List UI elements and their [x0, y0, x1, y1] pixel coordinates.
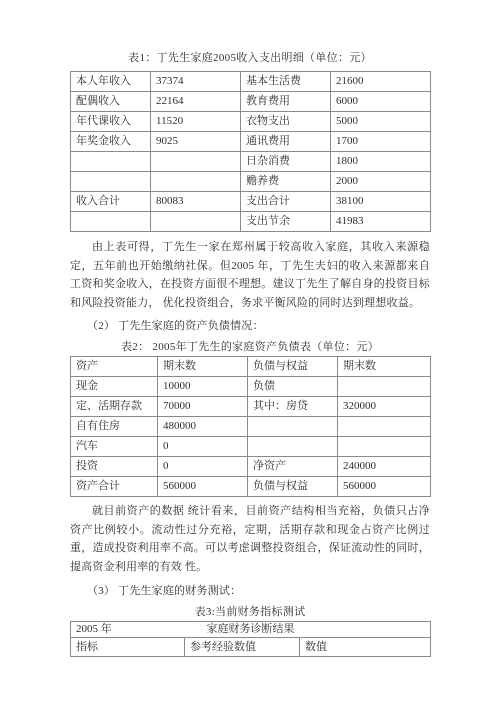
table-row: 自有住房480000: [71, 417, 431, 437]
table-cell: 期末数: [158, 357, 248, 377]
table-cell: 通讯费用: [241, 132, 331, 152]
table-cell: 320000: [338, 397, 431, 417]
table-row: 指标参考经验数值数值: [71, 638, 431, 657]
table3-title: 表3:当前财务指标测试: [70, 605, 430, 620]
table-cell: 1700: [331, 132, 431, 152]
table-cell: 支出合计: [241, 192, 331, 212]
table-cell: 560000: [158, 477, 248, 497]
table-cell: 支出节余: [241, 212, 331, 232]
balance-sheet-table: 资产期末数负债与权益期末数现金10000负债定、活期存款70000其中：房贷32…: [70, 356, 431, 497]
table-cell: 0: [158, 457, 248, 477]
table-cell: 37374: [151, 72, 241, 92]
table-row: 汽车0: [71, 437, 431, 457]
table-cell: 2005 年 家庭财务诊断结果: [71, 622, 431, 638]
section-heading-financial-test: （3） 丁先生家庭的财务测试：: [70, 582, 430, 601]
table2-title: 表2： 2005年丁先生的家庭资产负债表（单位：元）: [70, 339, 430, 355]
table-cell: 11520: [151, 112, 241, 132]
table3-result-label: 家庭财务诊断结果: [71, 622, 430, 637]
table-cell: 9025: [151, 132, 241, 152]
table-row: 资产合计560000负债与权益560000: [71, 477, 431, 497]
table-cell: 70000: [158, 397, 248, 417]
table-row: 年代课收入11520衣物支出5000: [71, 112, 431, 132]
table-row: 现金10000负债: [71, 377, 431, 397]
table-cell: 21600: [331, 72, 431, 92]
table-cell: 定、活期存款: [71, 397, 158, 417]
table-cell: 0: [158, 437, 248, 457]
table-cell: 赡养费: [241, 172, 331, 192]
table-cell: 配偶收入: [71, 92, 151, 112]
table-cell: 负债与权益: [248, 477, 338, 497]
table-row: 支出节余41983: [71, 212, 431, 232]
table-cell: 6000: [331, 92, 431, 112]
table-cell: 数值: [300, 638, 431, 657]
table-cell: 日杂消费: [241, 152, 331, 172]
table-cell: 80083: [151, 192, 241, 212]
table-cell: [248, 437, 338, 457]
table-cell: 年奖金收入: [71, 132, 151, 152]
section-heading-balance: （2） 丁先生家庭的资产负债情况：: [70, 317, 430, 336]
table1-title: 表1：丁先生家庭2005收入支出明细（单位：元）: [70, 50, 430, 66]
table-row: 赡养费2000: [71, 172, 431, 192]
table-cell: 资产: [71, 357, 158, 377]
table-cell: 22164: [151, 92, 241, 112]
table-cell: 资产合计: [71, 477, 158, 497]
table-cell: 衣物支出: [241, 112, 331, 132]
table-cell: [338, 437, 431, 457]
table-row: 年奖金收入9025通讯费用1700: [71, 132, 431, 152]
table-cell: 240000: [338, 457, 431, 477]
document-content: 表1：丁先生家庭2005收入支出明细（单位：元） 本人年收入37374基本生活费…: [70, 0, 430, 657]
table-cell: 指标: [71, 638, 185, 657]
table-cell: 现金: [71, 377, 158, 397]
table-cell: [71, 152, 151, 172]
table-row: 2005 年 家庭财务诊断结果: [71, 622, 431, 638]
table-cell: [248, 417, 338, 437]
table-cell: 本人年收入: [71, 72, 151, 92]
table-cell: 10000: [158, 377, 248, 397]
table-cell: 基本生活费: [241, 72, 331, 92]
analysis-paragraph-assets: 就目前资产的数据 统计看来，目前资产结构相当充裕，负债只占净资产比例较小。流动性…: [70, 502, 430, 576]
table-cell: 负债: [248, 377, 338, 397]
table-cell: [71, 172, 151, 192]
table-cell: 38100: [331, 192, 431, 212]
table-row: 收入合计80083支出合计38100: [71, 192, 431, 212]
table-cell: [71, 212, 151, 232]
table-cell: [338, 417, 431, 437]
table-cell: 汽车: [71, 437, 158, 457]
table-cell: [151, 212, 241, 232]
table-cell: 560000: [338, 477, 431, 497]
table-row: 投资0净资产240000: [71, 457, 431, 477]
table-cell: [338, 377, 431, 397]
table-row: 日杂消费1800: [71, 152, 431, 172]
table-cell: [151, 172, 241, 192]
analysis-paragraph-income: 由上表可得，丁先生一家在郑州属于较高收入家庭，其收入来源稳定，五年前也开始缴纳社…: [70, 238, 430, 312]
table-cell: 2000: [331, 172, 431, 192]
table-cell: 负债与权益: [248, 357, 338, 377]
table-cell: 其中：房贷: [248, 397, 338, 417]
table-cell: 参考经验数值: [185, 638, 300, 657]
table-cell: 收入合计: [71, 192, 151, 212]
table-cell: 5000: [331, 112, 431, 132]
table-cell: 年代课收入: [71, 112, 151, 132]
table-cell: 净资产: [248, 457, 338, 477]
table-row: 资产期末数负债与权益期末数: [71, 357, 431, 377]
table-cell: 1800: [331, 152, 431, 172]
financial-test-table: 2005 年 家庭财务诊断结果 指标参考经验数值数值: [70, 621, 431, 657]
table-row: 配偶收入22164教育费用6000: [71, 92, 431, 112]
table-cell: [151, 152, 241, 172]
table-cell: 480000: [158, 417, 248, 437]
document-page: 表1：丁先生家庭2005收入支出明细（单位：元） 本人年收入37374基本生活费…: [0, 0, 500, 708]
table-cell: 投资: [71, 457, 158, 477]
table-row: 本人年收入37374基本生活费21600: [71, 72, 431, 92]
table-cell: 期末数: [338, 357, 431, 377]
table-cell: 教育费用: [241, 92, 331, 112]
table-row: 定、活期存款70000其中：房贷320000: [71, 397, 431, 417]
income-expense-table: 本人年收入37374基本生活费21600配偶收入22164教育费用6000年代课…: [70, 71, 431, 232]
table-cell: 自有住房: [71, 417, 158, 437]
table-cell: 41983: [331, 212, 431, 232]
